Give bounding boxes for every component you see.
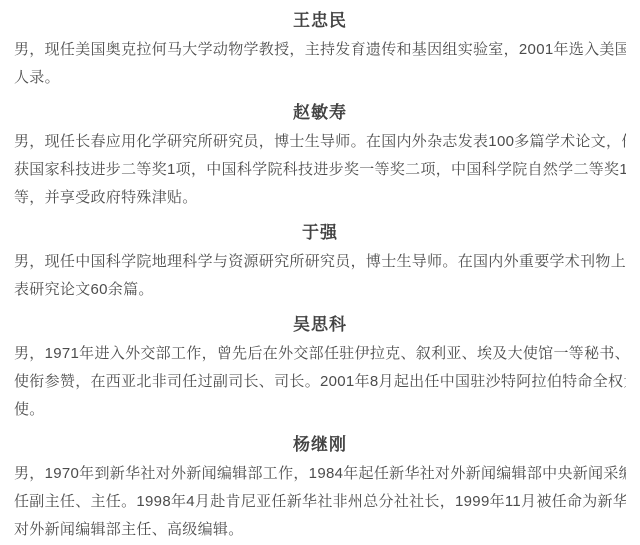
person-name-heading: 吴思科 xyxy=(14,314,626,336)
bio-section: 于强 男，现任中国科学院地理科学与资源研究所研究员，博士生导师。在国内外重要学术… xyxy=(14,222,626,304)
bio-text-line: 等，并享受政府特殊津贴。 xyxy=(14,184,626,212)
bio-section: 赵敏寿 男，现任长春应用化学研究所研究员，博士生导师。在国内外杂志发表100多篇… xyxy=(14,102,626,212)
bio-section: 杨继刚 男，1970年到新华社对外新闻编辑部工作，1984年起任新华社对外新闻编… xyxy=(14,434,626,544)
bio-text-line: 男，现任美国奥克拉何马大学动物学教授，主持发育遗传和基因组实验室，2001年选入… xyxy=(14,36,626,64)
bio-text-line: 男，1970年到新华社对外新闻编辑部工作，1984年起任新华社对外新闻编辑部中央… xyxy=(14,460,626,488)
bio-section: 王忠民 男，现任美国奥克拉何马大学动物学教授，主持发育遗传和基因组实验室，200… xyxy=(14,10,626,92)
bio-paragraph: 男，现任中国科学院地理科学与资源研究所研究员，博士生导师。在国内外重要学术刊物上… xyxy=(14,248,626,304)
bio-paragraph: 男，现任长春应用化学研究所研究员，博士生导师。在国内外杂志发表100多篇学术论文… xyxy=(14,128,626,212)
bio-text-line: 表研究论文60余篇。 xyxy=(14,276,626,304)
bio-text-line: 男，现任长春应用化学研究所研究员，博士生导师。在国内外杂志发表100多篇学术论文… xyxy=(14,128,626,156)
biography-document: 王忠民 男，现任美国奥克拉何马大学动物学教授，主持发育遗传和基因组实验室，200… xyxy=(0,0,640,544)
bio-text-line: 男，现任中国科学院地理科学与资源研究所研究员，博士生导师。在国内外重要学术刊物上… xyxy=(14,248,626,276)
bio-section: 吴思科 男，1971年进入外交部工作，曾先后在外交部任驻伊拉克、叙利亚、埃及大使… xyxy=(14,314,626,424)
bio-text-line: 对外新闻编辑部主任、高级编辑。 xyxy=(14,516,626,544)
bio-paragraph: 男，1970年到新华社对外新闻编辑部工作，1984年起任新华社对外新闻编辑部中央… xyxy=(14,460,626,544)
bio-text-line: 使。 xyxy=(14,396,626,424)
bio-text-line: 获国家科技进步二等奖1项，中国科学院科技进步奖一等奖二项，中国科学院自然学二等奖… xyxy=(14,156,626,184)
bio-text-line: 任副主任、主任。1998年4月赴肯尼亚任新华社非州总分社社长，1999年11月被… xyxy=(14,488,626,516)
person-name-heading: 于强 xyxy=(14,222,626,244)
bio-text-line: 使衔参赞，在西亚北非司任过副司长、司长。2001年8月起出任中国驻沙特阿拉伯特命… xyxy=(14,368,626,396)
person-name-heading: 杨继刚 xyxy=(14,434,626,456)
bio-paragraph: 男，1971年进入外交部工作，曾先后在外交部任驻伊拉克、叙利亚、埃及大使馆一等秘… xyxy=(14,340,626,424)
person-name-heading: 王忠民 xyxy=(14,10,626,32)
bio-text-line: 人录。 xyxy=(14,64,626,92)
bio-text-line: 男，1971年进入外交部工作，曾先后在外交部任驻伊拉克、叙利亚、埃及大使馆一等秘… xyxy=(14,340,626,368)
person-name-heading: 赵敏寿 xyxy=(14,102,626,124)
bio-paragraph: 男，现任美国奥克拉何马大学动物学教授，主持发育遗传和基因组实验室，2001年选入… xyxy=(14,36,626,92)
